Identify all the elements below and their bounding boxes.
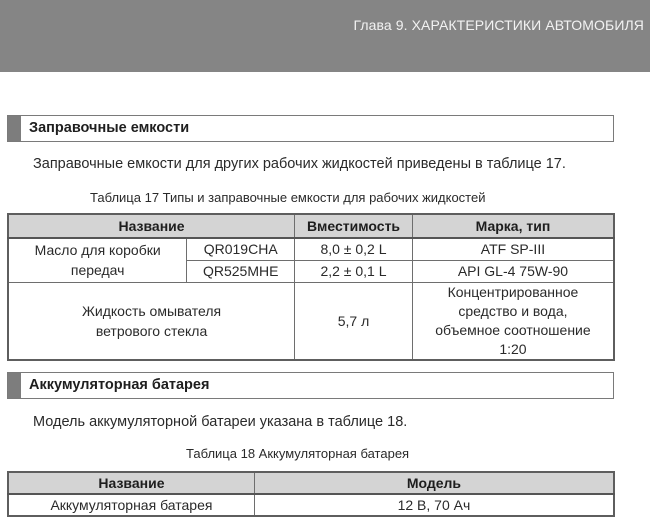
table-header-row: Название Модель <box>8 472 614 494</box>
section-title: Аккумуляторная батарея <box>29 377 209 393</box>
cell-capacity: 2,2 ± 0,1 L <box>295 260 413 282</box>
fluids-table: Название Вместимость Марка, тип Масло дл… <box>7 213 615 361</box>
cell-brand: Концентрированное средство и вода, объем… <box>412 282 614 360</box>
chapter-header-band: Глава 9. ХАРАКТЕРИСТИКИ АВТОМОБИЛЯ <box>0 0 650 72</box>
battery-table: Название Модель Аккумуляторная батарея 1… <box>7 471 615 517</box>
column-header: Название <box>8 472 254 494</box>
table-header-row: Название Вместимость Марка, тип <box>8 214 614 238</box>
table-row: Масло для коробки передач QR019CHA 8,0 ±… <box>8 238 614 260</box>
section-marker <box>8 116 21 141</box>
section-title: Заправочные емкости <box>29 120 189 136</box>
cell-capacity: 8,0 ± 0,2 L <box>295 238 413 260</box>
table-row: Аккумуляторная батарея 12 В, 70 Ач <box>8 494 614 516</box>
column-header: Вместимость <box>295 214 413 238</box>
section-marker <box>8 373 21 398</box>
cell-brand: API GL-4 75W-90 <box>412 260 614 282</box>
cell-name: Масло для коробки передач <box>8 238 187 282</box>
table-row: Жидкость омывателя ветрового стекла 5,7 … <box>8 282 614 360</box>
section-intro: Модель аккумуляторной батареи указана в … <box>33 414 407 430</box>
chapter-title: Глава 9. ХАРАКТЕРИСТИКИ АВТОМОБИЛЯ <box>353 17 644 33</box>
cell-code: QR525MHE <box>187 260 295 282</box>
section-heading-battery: Аккумуляторная батарея <box>7 372 614 399</box>
cell-code: QR019CHA <box>187 238 295 260</box>
table-caption: Таблица 17 Типы и заправочные емкости дл… <box>90 190 485 205</box>
section-intro: Заправочные емкости для других рабочих ж… <box>33 156 566 172</box>
cell-brand: ATF SP-III <box>412 238 614 260</box>
cell-capacity: 5,7 л <box>295 282 413 360</box>
column-header: Марка, тип <box>412 214 614 238</box>
column-header: Название <box>8 214 295 238</box>
cell-name: Аккумуляторная батарея <box>8 494 254 516</box>
column-header: Модель <box>254 472 614 494</box>
section-heading-fluids: Заправочные емкости <box>7 115 614 142</box>
cell-name: Жидкость омывателя ветрового стекла <box>8 282 295 360</box>
cell-model: 12 В, 70 Ач <box>254 494 614 516</box>
table-caption: Таблица 18 Аккумуляторная батарея <box>186 446 409 461</box>
